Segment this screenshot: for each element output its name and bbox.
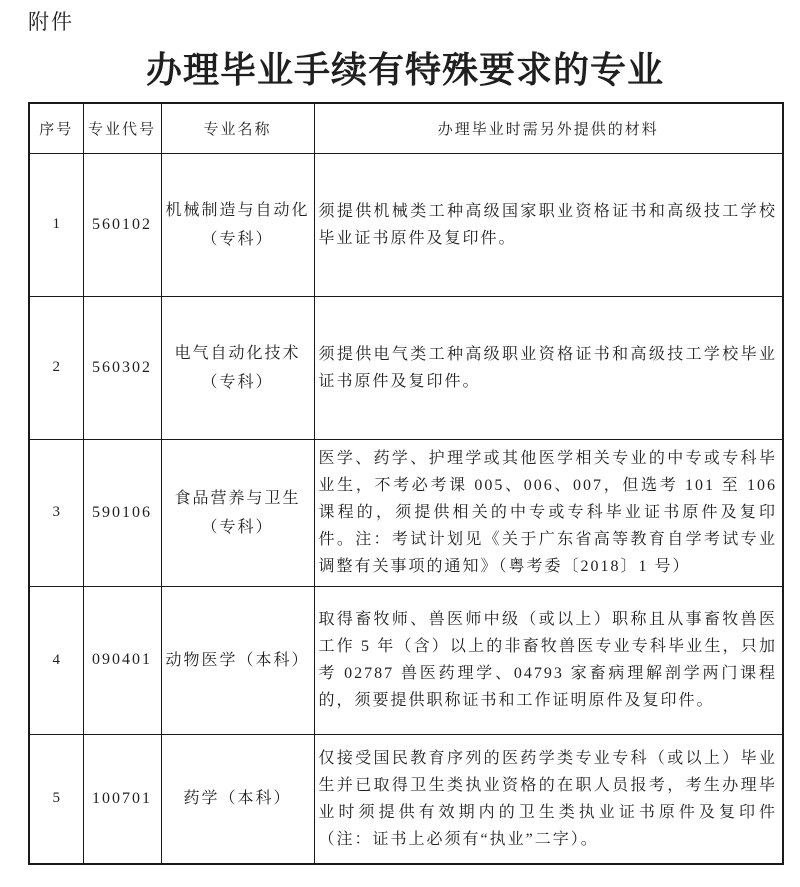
cell-major-code: 090401 (83, 586, 161, 734)
cell-major-name: 药学（本科） (161, 734, 314, 864)
cell-serial-number: 1 (29, 153, 83, 296)
table-row: 5 100701 药学（本科） 仅接受国民教育序列的医药学类专业专科（或以上）毕… (29, 734, 783, 864)
cell-materials: 须提供电气类工种高级职业资格证书和高级技工学校毕业证书原件及复印件。 (314, 296, 783, 439)
cell-serial-number: 4 (29, 586, 83, 734)
cell-materials: 须提供机械类工种高级国家职业资格证书和高级技工学校毕业证书原件及复印件。 (314, 153, 783, 296)
header-major-name: 专业名称 (161, 103, 314, 153)
table-row: 3 590106 食品营养与卫生 （专科） 医学、药学、护理学或其他医学相关专业… (29, 439, 783, 586)
cell-major-name: 动物医学（本科） (161, 586, 314, 734)
cell-major-name: 食品营养与卫生 （专科） (161, 439, 314, 586)
document-page: 附件 办理毕业手续有特殊要求的专业 序号 专业代号 专业名称 办理毕业时需另外提… (0, 0, 800, 887)
attachment-label: 附件 (28, 6, 74, 36)
header-serial-number: 序号 (29, 103, 83, 153)
page-title: 办理毕业手续有特殊要求的专业 (28, 42, 782, 93)
header-major-code: 专业代号 (83, 103, 161, 153)
cell-major-code: 590106 (83, 439, 161, 586)
cell-major-name: 机械制造与自动化 （专科） (161, 153, 314, 296)
cell-materials: 医学、药学、护理学或其他医学相关专业的中专或专科毕业生，不考必考课 005、00… (314, 439, 783, 586)
cell-major-code: 100701 (83, 734, 161, 864)
majors-table: 序号 专业代号 专业名称 办理毕业时需另外提供的材料 1 560102 机械制造… (28, 102, 784, 865)
cell-serial-number: 3 (29, 439, 83, 586)
cell-serial-number: 2 (29, 296, 83, 439)
table-row: 1 560102 机械制造与自动化 （专科） 须提供机械类工种高级国家职业资格证… (29, 153, 783, 296)
cell-major-code: 560302 (83, 296, 161, 439)
table-header-row: 序号 专业代号 专业名称 办理毕业时需另外提供的材料 (29, 103, 783, 153)
cell-materials: 仅接受国民教育序列的医药学类专业专科（或以上）毕业生并已取得卫生类执业资格的在职… (314, 734, 783, 864)
cell-major-code: 560102 (83, 153, 161, 296)
cell-major-name: 电气自动化技术 （专科） (161, 296, 314, 439)
table-row: 2 560302 电气自动化技术 （专科） 须提供电气类工种高级职业资格证书和高… (29, 296, 783, 439)
cell-materials: 取得畜牧师、兽医师中级（或以上）职称且从事畜牧兽医工作 5 年（含）以上的非畜牧… (314, 586, 783, 734)
table-row: 4 090401 动物医学（本科） 取得畜牧师、兽医师中级（或以上）职称且从事畜… (29, 586, 783, 734)
header-materials: 办理毕业时需另外提供的材料 (314, 103, 783, 153)
cell-serial-number: 5 (29, 734, 83, 864)
